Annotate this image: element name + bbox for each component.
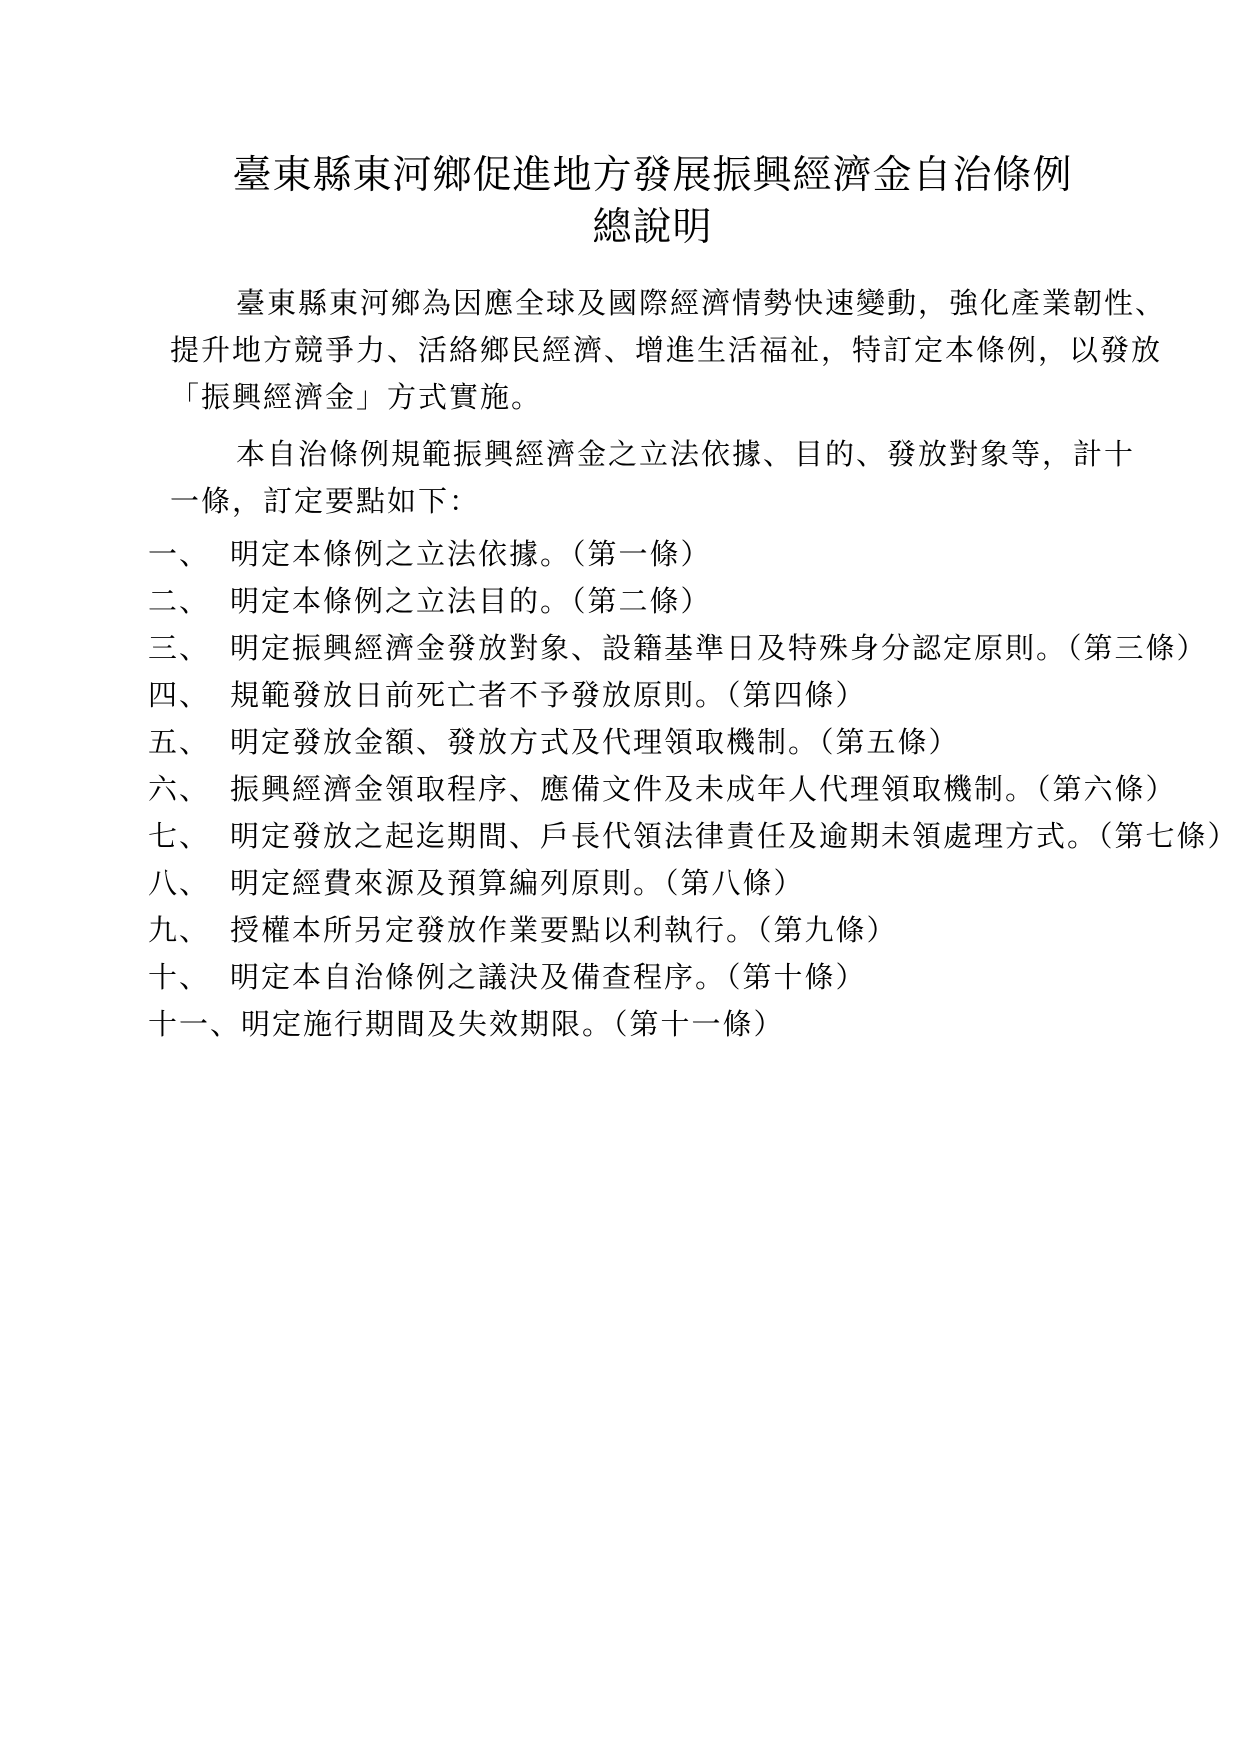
list-item-text: 明定本自治條例之議決及備查程序。（第十條） xyxy=(230,954,867,1001)
document-subtitle: 總說明 xyxy=(148,202,1157,254)
item-list: 一、明定本條例之立法依據。（第一條）二、明定本條例之立法目的。（第二條）三、明定… xyxy=(148,531,1157,1048)
paragraphs: 臺東縣東河鄉為因應全球及國際經濟情勢快速變動，強化產業韌性、提升地方競爭力、活絡… xyxy=(148,280,1157,525)
paragraph-line: 本自治條例規範振興經濟金之立法依據、目的、發放對象等，計十 xyxy=(170,431,1157,478)
list-item-number: 二、 xyxy=(148,578,230,625)
document-content: 臺東縣東河鄉促進地方發展振興經濟金自治條例 總說明 臺東縣東河鄉為因應全球及國際… xyxy=(0,0,1241,1048)
document-body: 臺東縣東河鄉為因應全球及國際經濟情勢快速變動，強化產業韌性、提升地方競爭力、活絡… xyxy=(148,280,1157,1048)
list-item: 六、振興經濟金領取程序、應備文件及未成年人代理領取機制。（第六條） xyxy=(148,766,1157,813)
list-item: 五、明定發放金額、發放方式及代理領取機制。（第五條） xyxy=(148,719,1157,766)
list-item-text: 明定施行期間及失效期限。（第十一條） xyxy=(241,1001,785,1048)
paragraph: 臺東縣東河鄉為因應全球及國際經濟情勢快速變動，強化產業韌性、提升地方競爭力、活絡… xyxy=(170,280,1157,421)
list-item-text: 明定本條例之立法依據。（第一條） xyxy=(230,531,712,578)
list-item-text: 明定發放之起迄期間、戶長代領法律責任及逾期未領處理方式。（第七條） xyxy=(230,813,1239,860)
list-item-number: 五、 xyxy=(148,719,230,766)
list-item-number: 六、 xyxy=(148,766,230,813)
list-item: 二、明定本條例之立法目的。（第二條） xyxy=(148,578,1157,625)
list-item-number: 十一、 xyxy=(148,1001,241,1048)
list-item-number: 八、 xyxy=(148,860,230,907)
document-title: 臺東縣東河鄉促進地方發展振興經濟金自治條例 xyxy=(148,150,1157,202)
document-page: 臺東縣東河鄉促進地方發展振興經濟金自治條例 總說明 臺東縣東河鄉為因應全球及國際… xyxy=(0,0,1241,1755)
list-item-number: 三、 xyxy=(148,625,230,672)
list-item-number: 九、 xyxy=(148,907,230,954)
list-item: 一、明定本條例之立法依據。（第一條） xyxy=(148,531,1157,578)
list-item: 十一、明定施行期間及失效期限。（第十一條） xyxy=(148,1001,1157,1048)
list-item: 八、明定經費來源及預算編列原則。（第八條） xyxy=(148,860,1157,907)
list-item: 十、明定本自治條例之議決及備查程序。（第十條） xyxy=(148,954,1157,1001)
list-item-number: 七、 xyxy=(148,813,230,860)
paragraph: 本自治條例規範振興經濟金之立法依據、目的、發放對象等，計十一條，訂定要點如下： xyxy=(170,431,1157,525)
list-item: 九、授權本所另定發放作業要點以利執行。（第九條） xyxy=(148,907,1157,954)
list-item-text: 明定振興經濟金發放對象、設籍基準日及特殊身分認定原則。（第三條） xyxy=(230,625,1208,672)
list-item-text: 振興經濟金領取程序、應備文件及未成年人代理領取機制。（第六條） xyxy=(230,766,1177,813)
paragraph-line: 「振興經濟金」方式實施。 xyxy=(170,374,1157,421)
paragraph-line: 一條，訂定要點如下： xyxy=(170,478,1157,525)
list-item-text: 明定發放金額、發放方式及代理領取機制。（第五條） xyxy=(230,719,960,766)
list-item-text: 授權本所另定發放作業要點以利執行。（第九條） xyxy=(230,907,898,954)
list-item-number: 一、 xyxy=(148,531,230,578)
list-item-text: 規範發放日前死亡者不予發放原則。（第四條） xyxy=(230,672,867,719)
list-item: 三、明定振興經濟金發放對象、設籍基準日及特殊身分認定原則。（第三條） xyxy=(148,625,1157,672)
list-item-number: 四、 xyxy=(148,672,230,719)
list-item-number: 十、 xyxy=(148,954,230,1001)
paragraph-line: 臺東縣東河鄉為因應全球及國際經濟情勢快速變動，強化產業韌性、 xyxy=(170,280,1157,327)
list-item: 四、規範發放日前死亡者不予發放原則。（第四條） xyxy=(148,672,1157,719)
paragraph-line: 提升地方競爭力、活絡鄉民經濟、增進生活福祉，特訂定本條例，以發放 xyxy=(170,327,1157,374)
list-item-text: 明定本條例之立法目的。（第二條） xyxy=(230,578,712,625)
list-item-text: 明定經費來源及預算編列原則。（第八條） xyxy=(230,860,805,907)
list-item: 七、明定發放之起迄期間、戶長代領法律責任及逾期未領處理方式。（第七條） xyxy=(148,813,1157,860)
